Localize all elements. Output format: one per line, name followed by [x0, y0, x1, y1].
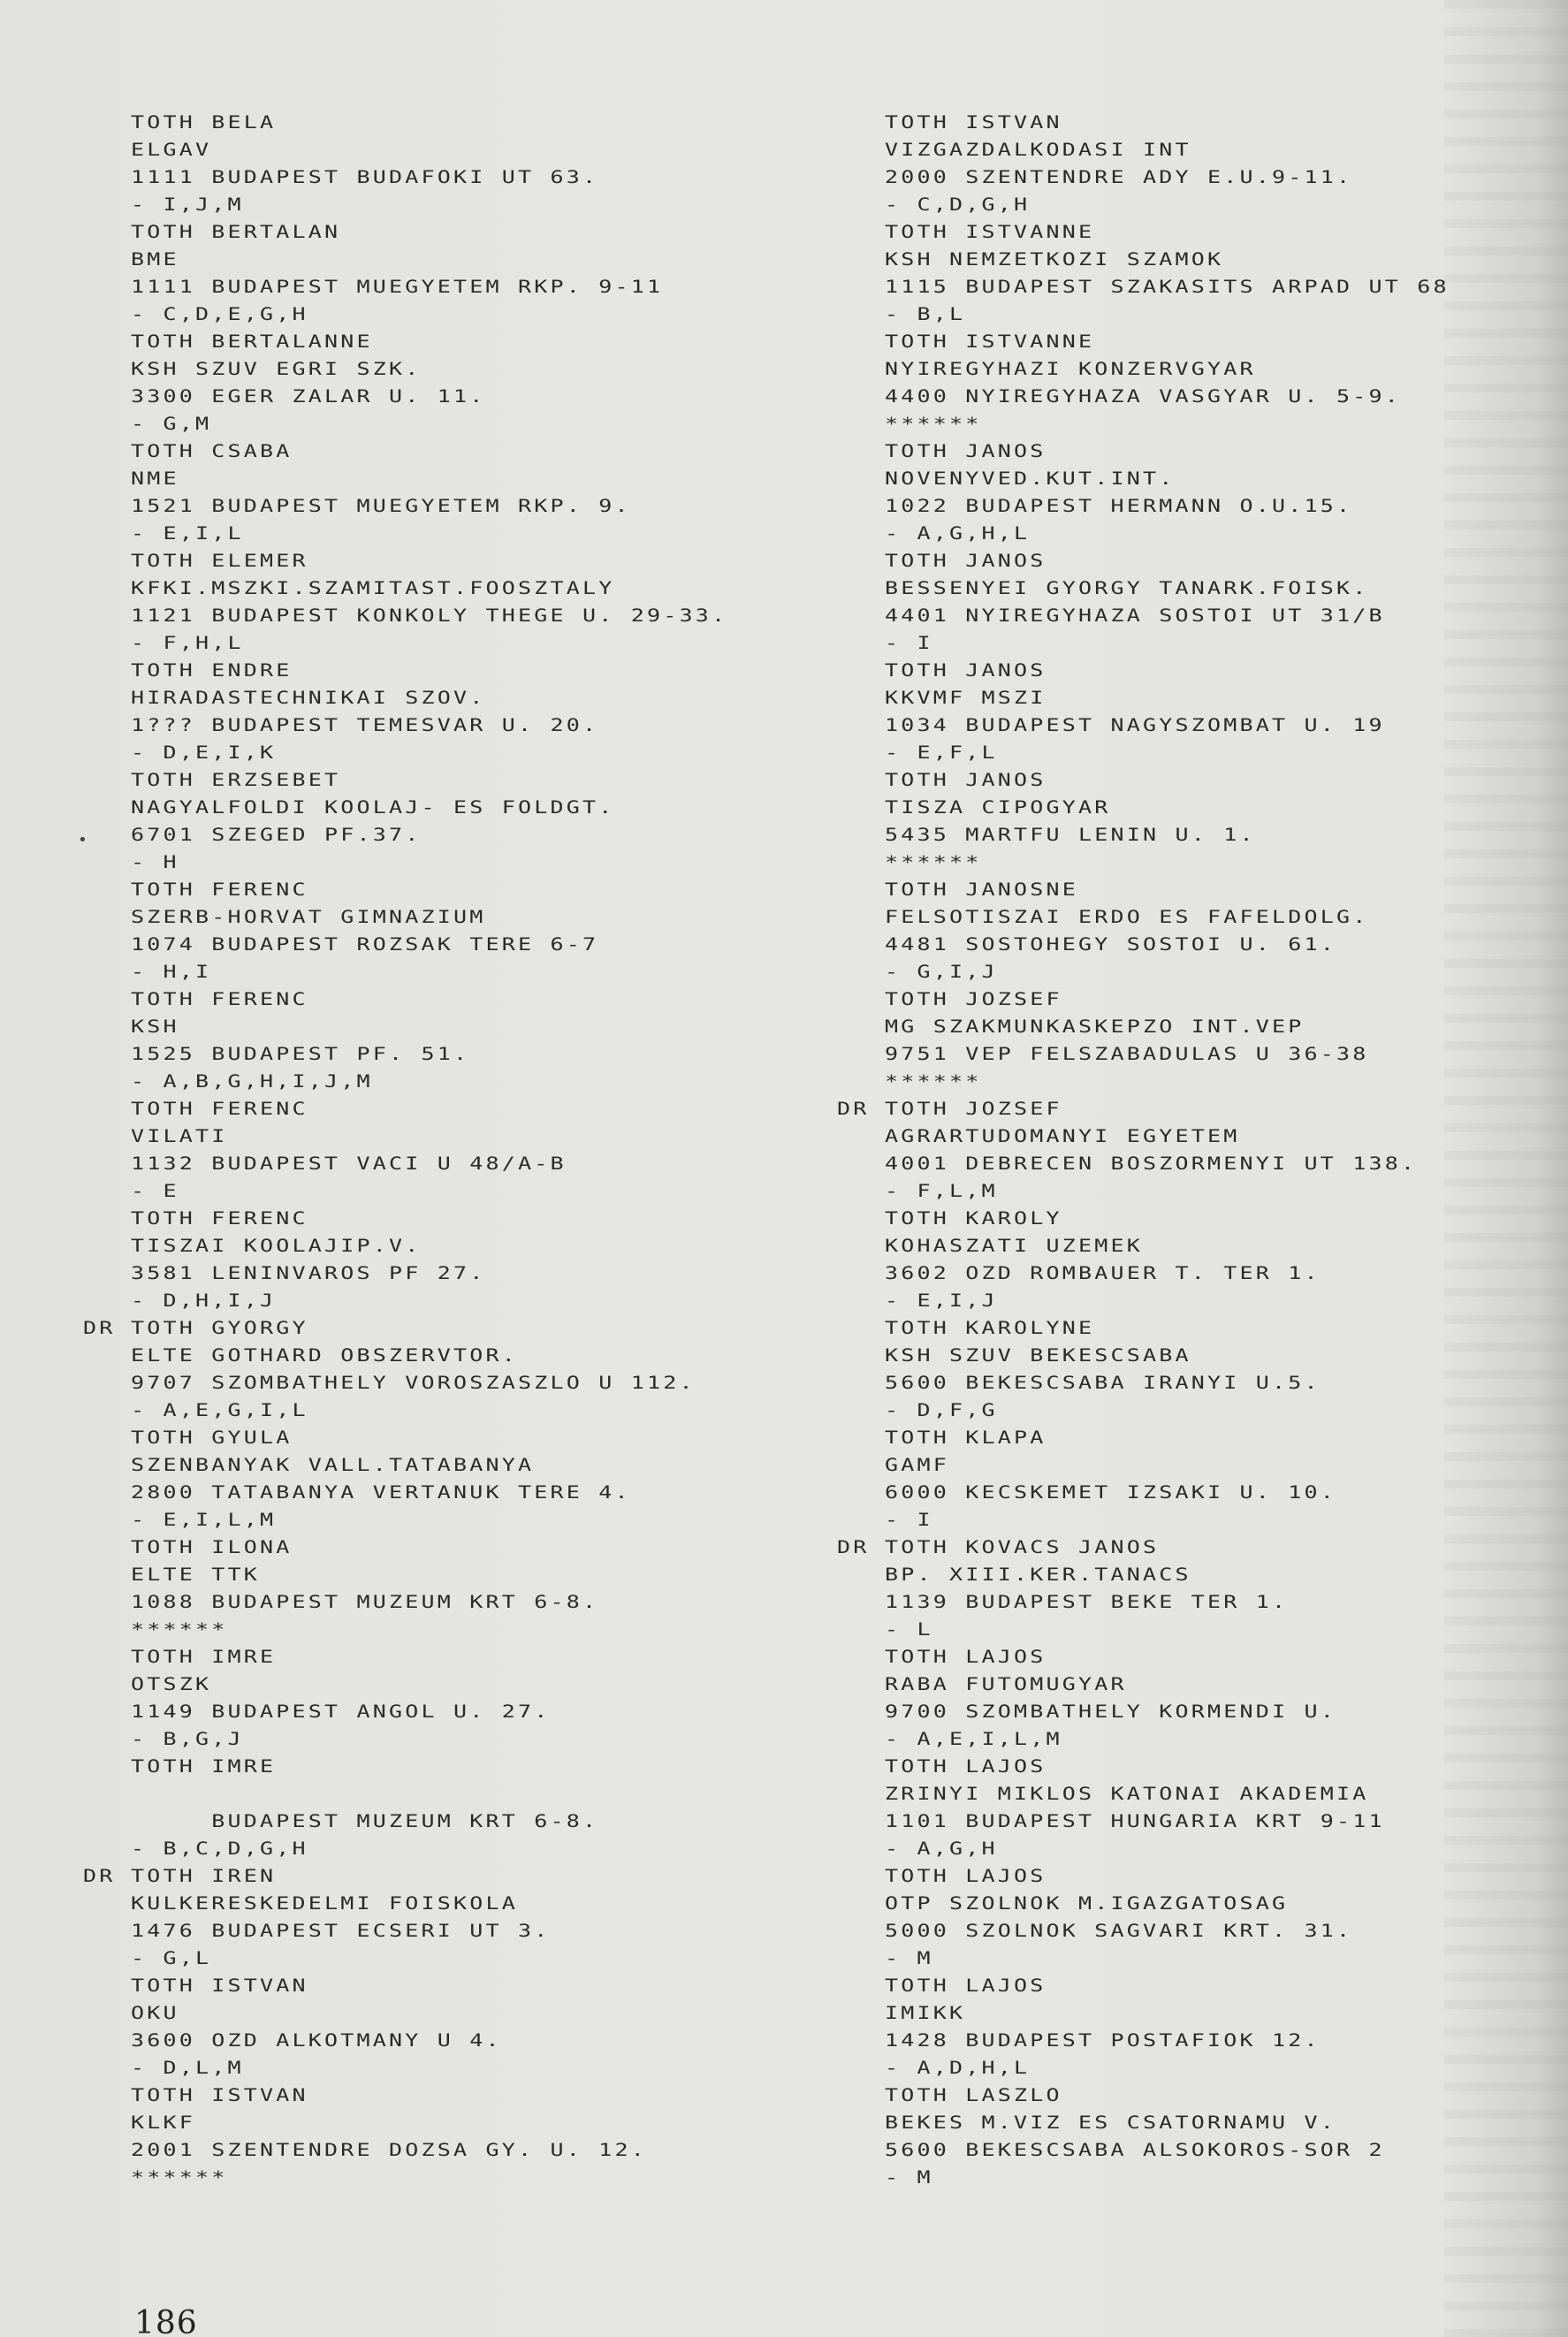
directory-line: KSH SZUV BEKESCSABA: [837, 1344, 1450, 1366]
line-text: 9751 VEP FELSZABADULAS U 36-38: [885, 1044, 1369, 1064]
line-text: 6000 KECSKEMET IZSAKI U. 10.: [885, 1482, 1336, 1503]
directory-line: 3602 OZD ROMBAUER T. TER 1.: [837, 1262, 1450, 1283]
directory-line: - G,M: [83, 413, 727, 434]
line-text: - G,L: [131, 1948, 211, 1968]
directory-line: 1??? BUDAPEST TEMESVAR U. 20.: [83, 714, 727, 735]
line-text: - A,G,H: [885, 1838, 998, 1859]
line-text: 2800 TATABANYA VERTANUK TERE 4.: [131, 1482, 631, 1503]
directory-line: - E,F,L: [837, 742, 1450, 763]
line-text: 1034 BUDAPEST NAGYSZOMBAT U. 19: [885, 715, 1385, 735]
line-text: 4481 SOSTOHEGY SOSTOI U. 61.: [885, 934, 1336, 955]
line-text: TOTH ENDRE: [131, 660, 293, 681]
line-text: - H: [131, 852, 179, 872]
line-text: KLKF: [131, 2112, 195, 2133]
line-text: TOTH KAROLY: [885, 1208, 1062, 1229]
line-text: 2001 SZENTENDRE DOZSA GY. U. 12.: [131, 2140, 647, 2160]
line-text: BUDAPEST MUZEUM KRT 6-8.: [131, 1811, 598, 1831]
directory-line: - F,H,L: [83, 632, 727, 653]
directory-line: 3600 OZD ALKOTMANY U 4.: [83, 2029, 727, 2051]
directory-line: TOTH LASZLO: [837, 2084, 1450, 2105]
line-text: SZERB-HORVAT GIMNAZIUM: [131, 907, 486, 927]
directory-line: 1088 BUDAPEST MUZEUM KRT 6-8.: [83, 1591, 727, 1612]
directory-line: TOTH JANOS: [837, 659, 1450, 681]
directory-line: - I,J,M: [83, 194, 727, 215]
line-text: KOHASZATI UZEMEK: [885, 1236, 1143, 1256]
directory-line: TOTH BELA: [83, 111, 727, 133]
directory-line: 1074 BUDAPEST ROZSAK TERE 6-7: [83, 933, 727, 955]
line-text: SZENBANYAK VALL.TATABANYA: [131, 1455, 534, 1475]
line-text: TOTH ISTVANNE: [885, 222, 1094, 242]
line-text: TOTH BELA: [131, 112, 276, 133]
line-text: TOTH IREN: [131, 1866, 276, 1886]
line-text: TOTH JANOSNE: [885, 879, 1078, 900]
line-text: TOTH JOZSEF: [885, 1099, 1062, 1119]
directory-line: ELGAV: [83, 139, 727, 160]
directory-line: - H,I: [83, 961, 727, 982]
line-text: 9707 SZOMBATHELY VOROSZASZLO U 112.: [131, 1373, 696, 1393]
line-text: KFKI.MSZKI.SZAMITAST.FOOSZTALY: [131, 578, 615, 598]
directory-line: BEKES M.VIZ ES CSATORNAMU V.: [837, 2112, 1450, 2133]
line-text: - I: [885, 1510, 933, 1530]
directory-line: - D,E,I,K: [83, 742, 727, 763]
line-text: BME: [131, 249, 179, 270]
line-text: VIZGAZDALKODASI INT: [885, 140, 1191, 160]
line-text: GAMF: [885, 1455, 949, 1475]
line-text: NAGYALFOLDI KOOLAJ- ES FOLDGT.: [131, 797, 615, 818]
directory-line: - M: [837, 1947, 1450, 1968]
directory-line: 1101 BUDAPEST HUNGARIA KRT 9-11: [837, 1810, 1450, 1831]
title-prefix: DR: [837, 1098, 885, 1119]
line-text: OKU: [131, 2003, 179, 2023]
line-text: TOTH LAJOS: [885, 1647, 1047, 1667]
directory-line: 5435 MARTFU LENIN U. 1.: [837, 824, 1450, 845]
directory-line: TOTH JANOS: [837, 769, 1450, 790]
directory-line: DRTOTH IREN: [83, 1865, 727, 1886]
directory-line: TOTH KAROLYNE: [837, 1317, 1450, 1338]
directory-line: NYIREGYHAZI KONZERVGYAR: [837, 358, 1450, 379]
line-text: TOTH CSABA: [131, 441, 293, 461]
directory-line: MG SZAKMUNKASKEPZO INT.VEP: [837, 1016, 1450, 1037]
directory-line: TOTH FERENC: [83, 1098, 727, 1119]
line-text: 4400 NYIREGYHAZA VASGYAR U. 5-9.: [885, 386, 1401, 407]
directory-line: KOHASZATI UZEMEK: [837, 1235, 1450, 1256]
line-text: TOTH LAJOS: [885, 1756, 1047, 1777]
line-text: - A,E,I,L,M: [885, 1729, 1062, 1749]
line-text: 1074 BUDAPEST ROZSAK TERE 6-7: [131, 934, 598, 955]
directory-line: TOTH JANOSNE: [837, 879, 1450, 900]
line-text: - B,L: [885, 304, 965, 324]
directory-line: TOTH ISTVANNE: [837, 221, 1450, 242]
directory-line: - B,C,D,G,H: [83, 1838, 727, 1859]
directory-line: - G,I,J: [837, 961, 1450, 982]
line-text: - I,J,M: [131, 194, 244, 215]
directory-line: TOTH ISTVANNE: [837, 331, 1450, 352]
directory-line: - I: [837, 632, 1450, 653]
directory-line: KKVMF MSZI: [837, 687, 1450, 708]
directory-line: - A,G,H,L: [837, 522, 1450, 544]
line-text: - I: [885, 633, 933, 653]
line-text: 5435 MARTFU LENIN U. 1.: [885, 825, 1256, 845]
directory-line: - A,B,G,H,I,J,M: [83, 1070, 727, 1092]
line-text: MG SZAKMUNKASKEPZO INT.VEP: [885, 1016, 1305, 1037]
line-text: TOTH IMRE: [131, 1647, 276, 1667]
line-text: ******: [885, 414, 982, 434]
directory-line: 2000 SZENTENDRE ADY E.U.9-11.: [837, 166, 1450, 187]
directory-line: TOTH ISTVAN: [837, 111, 1450, 133]
directory-line: TISZA CIPOGYAR: [837, 796, 1450, 818]
directory-line: TOTH GYULA: [83, 1427, 727, 1448]
line-text: TOTH BERTALAN: [131, 222, 340, 242]
directory-line: KSH: [83, 1016, 727, 1037]
directory-line: - E,I,L: [83, 522, 727, 544]
directory-line: BUDAPEST MUZEUM KRT 6-8.: [83, 1810, 727, 1831]
line-text: TOTH ELEMER: [131, 551, 308, 571]
directory-line: ******: [837, 413, 1450, 434]
line-text: - A,G,H,L: [885, 523, 1030, 544]
line-text: TOTH LAJOS: [885, 1975, 1047, 1996]
directory-line: TOTH IMRE: [83, 1646, 727, 1667]
directory-line: VIZGAZDALKODASI INT: [837, 139, 1450, 160]
line-text: TOTH GYULA: [131, 1427, 293, 1448]
directory-line: - C,D,E,G,H: [83, 303, 727, 324]
line-text: TOTH ISTVAN: [131, 2085, 308, 2105]
line-text: 1??? BUDAPEST TEMESVAR U. 20.: [131, 715, 598, 735]
directory-line: 1111 BUDAPEST MUEGYETEM RKP. 9-11: [83, 276, 727, 297]
line-text: TOTH JANOS: [885, 660, 1047, 681]
line-text: BP. XIII.KER.TANACS: [885, 1564, 1191, 1585]
line-text: 1101 BUDAPEST HUNGARIA KRT 9-11: [885, 1811, 1385, 1831]
directory-line: - E: [83, 1180, 727, 1201]
line-text: 1428 BUDAPEST POSTAFIOK 12.: [885, 2030, 1321, 2051]
line-text: ELGAV: [131, 140, 211, 160]
directory-line: KFKI.MSZKI.SZAMITAST.FOOSZTALY: [83, 577, 727, 598]
line-text: TOTH JANOS: [885, 551, 1047, 571]
directory-line: 1034 BUDAPEST NAGYSZOMBAT U. 19: [837, 714, 1450, 735]
directory-line: 9751 VEP FELSZABADULAS U 36-38: [837, 1043, 1450, 1064]
directory-line: TOTH FERENC: [83, 988, 727, 1009]
directory-line: 1132 BUDAPEST VACI U 48/A-B: [83, 1153, 727, 1174]
directory-line: KLKF: [83, 2112, 727, 2133]
line-text: 1476 BUDAPEST ECSERI UT 3.: [131, 1921, 551, 1941]
line-text: ******: [131, 2167, 228, 2188]
line-text: 1022 BUDAPEST HERMANN O.U.15.: [885, 496, 1352, 516]
line-text: - A,E,G,I,L: [131, 1400, 308, 1420]
line-text: - G,M: [131, 414, 211, 434]
directory-line: - A,E,I,L,M: [837, 1728, 1450, 1749]
directory-line: - A,E,G,I,L: [83, 1399, 727, 1420]
page-number: 186: [134, 2305, 198, 2337]
directory-line: TOTH ERZSEBET: [83, 769, 727, 790]
line-text: TISZA CIPOGYAR: [885, 797, 1111, 818]
directory-line: NAGYALFOLDI KOOLAJ- ES FOLDGT.: [83, 796, 727, 818]
directory-line: - D,H,I,J: [83, 1290, 727, 1311]
line-text: - A,B,G,H,I,J,M: [131, 1071, 373, 1092]
line-text: NYIREGYHAZI KONZERVGYAR: [885, 359, 1256, 379]
line-text: TOTH LASZLO: [885, 2085, 1062, 2105]
line-text: - F,H,L: [131, 633, 244, 653]
directory-line: BME: [83, 248, 727, 270]
directory-line: TISZAI KOOLAJIP.V.: [83, 1235, 727, 1256]
line-text: TOTH FERENC: [131, 879, 308, 900]
directory-line: 2001 SZENTENDRE DOZSA GY. U. 12.: [83, 2139, 727, 2160]
line-text: 2000 SZENTENDRE ADY E.U.9-11.: [885, 167, 1352, 187]
directory-line: TOTH KLAPA: [837, 1427, 1450, 1448]
line-text: TOTH KAROLYNE: [885, 1318, 1094, 1338]
directory-line: OKU: [83, 2002, 727, 2023]
line-text: TOTH ILONA: [131, 1537, 293, 1557]
directory-line: DRTOTH JOZSEF: [837, 1098, 1450, 1119]
directory-line: TOTH ELEMER: [83, 550, 727, 571]
directory-line: ELTE GOTHARD OBSZERVTOR.: [83, 1344, 727, 1366]
directory-line: 1022 BUDAPEST HERMANN O.U.15.: [837, 495, 1450, 516]
title-prefix: DR: [837, 1536, 885, 1557]
line-text: - F,L,M: [885, 1181, 998, 1201]
line-text: 1115 BUDAPEST SZAKASITS ARPAD UT 68: [885, 277, 1450, 297]
line-text: IMIKK: [885, 2003, 965, 2023]
page-edge-bleed-through: [1444, 0, 1568, 2337]
line-text: - D,L,M: [131, 2058, 244, 2078]
directory-line: - C,D,G,H: [837, 194, 1450, 215]
directory-line: 3581 LENINVAROS PF 27.: [83, 1262, 727, 1283]
directory-line: TOTH BERTALAN: [83, 221, 727, 242]
line-text: HIRADASTECHNIKAI SZOV.: [131, 688, 486, 708]
line-text: KKVMF MSZI: [885, 688, 1047, 708]
directory-line: ZRINYI MIKLOS KATONAI AKADEMIA: [837, 1783, 1450, 1804]
directory-line: - H: [83, 851, 727, 872]
directory-line: 1525 BUDAPEST PF. 51.: [83, 1043, 727, 1064]
directory-line: KULKERESKEDELMI FOISKOLA: [83, 1892, 727, 1914]
right-column-listing: TOTH ISTVANVIZGAZDALKODASI INT2000 SZENT…: [837, 109, 1450, 2191]
line-text: - D,E,I,K: [131, 742, 276, 763]
line-text: - D,F,G: [885, 1400, 998, 1420]
directory-line: 1121 BUDAPEST KONKOLY THEGE U. 29-33.: [83, 605, 727, 626]
directory-line: BESSENYEI GYORGY TANARK.FOISK.: [837, 577, 1450, 598]
directory-line: TOTH FERENC: [83, 1207, 727, 1229]
line-text: TOTH ISTVAN: [131, 1975, 308, 1996]
line-text: 1111 BUDAPEST MUEGYETEM RKP. 9-11: [131, 277, 663, 297]
directory-line: TOTH FERENC: [83, 879, 727, 900]
directory-line: TOTH LAJOS: [837, 1755, 1450, 1777]
directory-line: IMIKK: [837, 2002, 1450, 2023]
line-text: 1525 BUDAPEST PF. 51.: [131, 1044, 469, 1064]
directory-line: RABA FUTOMUGYAR: [837, 1673, 1450, 1694]
directory-line: KSH SZUV EGRI SZK.: [83, 358, 727, 379]
directory-line: - D,L,M: [83, 2057, 727, 2078]
directory-line: TOTH CSABA: [83, 440, 727, 461]
directory-line: 4001 DEBRECEN BOSZORMENYI UT 138.: [837, 1153, 1450, 1174]
line-text: NOVENYVED.KUT.INT.: [885, 468, 1176, 489]
line-text: BESSENYEI GYORGY TANARK.FOISK.: [885, 578, 1369, 598]
line-text: - B,C,D,G,H: [131, 1838, 308, 1859]
directory-line: TOTH JOZSEF: [837, 988, 1450, 1009]
directory-line: - F,L,M: [837, 1180, 1450, 1201]
line-text: TOTH ISTVANNE: [885, 331, 1094, 352]
line-text: 3600 OZD ALKOTMANY U 4.: [131, 2030, 502, 2051]
directory-line: TOTH LAJOS: [837, 1975, 1450, 1996]
directory-line: ******: [837, 851, 1450, 872]
directory-line: - E,I,J: [837, 1290, 1450, 1311]
directory-line: 1115 BUDAPEST SZAKASITS ARPAD UT 68: [837, 276, 1450, 297]
line-text: - M: [885, 2167, 933, 2188]
directory-line: OTSZK: [83, 1673, 727, 1694]
directory-line: KSH NEMZETKOZI SZAMOK: [837, 248, 1450, 270]
scanned-page: • TOTH BELAELGAV1111 BUDAPEST BUDAFOKI U…: [0, 0, 1568, 2337]
line-text: RABA FUTOMUGYAR: [885, 1674, 1127, 1694]
line-text: TOTH JANOS: [885, 770, 1047, 790]
line-text: - E,I,J: [885, 1290, 998, 1311]
directory-line: TOTH JANOS: [837, 550, 1450, 571]
directory-line: 3300 EGER ZALAR U. 11.: [83, 385, 727, 407]
directory-line: TOTH ILONA: [83, 1536, 727, 1557]
directory-line: ******: [83, 1618, 727, 1640]
line-text: TOTH KOVACS JANOS: [885, 1537, 1159, 1557]
line-text: 3300 EGER ZALAR U. 11.: [131, 386, 486, 407]
directory-line: NME: [83, 468, 727, 489]
line-text: 3602 OZD ROMBAUER T. TER 1.: [885, 1263, 1321, 1283]
directory-line: DRTOTH KOVACS JANOS: [837, 1536, 1450, 1557]
line-text: - D,H,I,J: [131, 1290, 276, 1311]
line-text: TOTH FERENC: [131, 1208, 308, 1229]
directory-line: 4400 NYIREGYHAZA VASGYAR U. 5-9.: [837, 385, 1450, 407]
line-text: 5000 SZOLNOK SAGVARI KRT. 31.: [885, 1921, 1352, 1941]
directory-line: 1521 BUDAPEST MUEGYETEM RKP. 9.: [83, 495, 727, 516]
directory-line: 4401 NYIREGYHAZA SOSTOI UT 31/B: [837, 605, 1450, 626]
line-text: TOTH ERZSEBET: [131, 770, 340, 790]
line-text: 1088 BUDAPEST MUZEUM KRT 6-8.: [131, 1592, 598, 1612]
line-text: - C,D,E,G,H: [131, 304, 308, 324]
line-text: TOTH LAJOS: [885, 1866, 1047, 1886]
line-text: 4001 DEBRECEN BOSZORMENYI UT 138.: [885, 1153, 1417, 1174]
directory-line: VILATI: [83, 1125, 727, 1146]
directory-line: 5600 BEKESCSABA IRANYI U.5.: [837, 1372, 1450, 1393]
line-text: TOTH FERENC: [131, 1099, 308, 1119]
line-text: TOTH ISTVAN: [885, 112, 1062, 133]
line-text: - A,D,H,L: [885, 2058, 1030, 2078]
directory-line: TOTH KAROLY: [837, 1207, 1450, 1229]
line-text: ******: [885, 852, 982, 872]
directory-line: SZERB-HORVAT GIMNAZIUM: [83, 906, 727, 927]
line-text: BEKES M.VIZ ES CSATORNAMU V.: [885, 2112, 1336, 2133]
directory-line: - E,I,L,M: [83, 1509, 727, 1530]
directory-line: 1149 BUDAPEST ANGOL U. 27.: [83, 1701, 727, 1722]
line-text: 6701 SZEGED PF.37.: [131, 825, 422, 845]
line-text: ZRINYI MIKLOS KATONAI AKADEMIA: [885, 1784, 1369, 1804]
line-text: KSH SZUV BEKESCSABA: [885, 1345, 1191, 1366]
line-text: KSH SZUV EGRI SZK.: [131, 359, 422, 379]
directory-line: - L: [837, 1618, 1450, 1640]
line-text: TOTH KLAPA: [885, 1427, 1047, 1448]
directory-line: 6701 SZEGED PF.37.: [83, 824, 727, 845]
line-text: - C,D,G,H: [885, 194, 1030, 215]
directory-line: 1139 BUDAPEST BEKE TER 1.: [837, 1591, 1450, 1612]
directory-line: GAMF: [837, 1454, 1450, 1475]
directory-line: FELSOTISZAI ERDO ES FAFELDOLG.: [837, 906, 1450, 927]
directory-line: - M: [837, 2166, 1450, 2188]
directory-line: 6000 KECSKEMET IZSAKI U. 10.: [837, 1481, 1450, 1503]
line-text: - G,I,J: [885, 962, 998, 982]
line-text: OTP SZOLNOK M.IGAZGATOSAG: [885, 1893, 1288, 1914]
directory-line: SZENBANYAK VALL.TATABANYA: [83, 1454, 727, 1475]
directory-line: 1476 BUDAPEST ECSERI UT 3.: [83, 1920, 727, 1941]
directory-line: - G,L: [83, 1947, 727, 1968]
directory-line: - B,G,J: [83, 1728, 727, 1749]
line-text: - L: [885, 1619, 933, 1640]
line-text: ELTE GOTHARD OBSZERVTOR.: [131, 1345, 518, 1366]
line-text: KULKERESKEDELMI FOISKOLA: [131, 1893, 518, 1914]
directory-line: 1111 BUDAPEST BUDAFOKI UT 63.: [83, 166, 727, 187]
line-text: 1111 BUDAPEST BUDAFOKI UT 63.: [131, 167, 598, 187]
line-text: NME: [131, 468, 179, 489]
line-text: TOTH JOZSEF: [885, 989, 1062, 1009]
directory-line: TOTH BERTALANNE: [83, 331, 727, 352]
line-text: ELTE TTK: [131, 1564, 260, 1585]
directory-line: TOTH LAJOS: [837, 1865, 1450, 1886]
line-text: - E,I,L,M: [131, 1510, 276, 1530]
line-text: 4401 NYIREGYHAZA SOSTOI UT 31/B: [885, 605, 1385, 626]
directory-line: OTP SZOLNOK M.IGAZGATOSAG: [837, 1892, 1450, 1914]
line-text: TOTH FERENC: [131, 989, 308, 1009]
directory-line: BP. XIII.KER.TANACS: [837, 1564, 1450, 1585]
directory-line: TOTH ISTVAN: [83, 1975, 727, 1996]
directory-line: DRTOTH GYORGY: [83, 1317, 727, 1338]
line-text: - M: [885, 1948, 933, 1968]
directory-line: - A,G,H: [837, 1838, 1450, 1859]
title-prefix: DR: [83, 1317, 131, 1338]
directory-line: 9700 SZOMBATHELY KORMENDI U.: [837, 1701, 1450, 1722]
line-text: 1521 BUDAPEST MUEGYETEM RKP. 9.: [131, 496, 631, 516]
directory-line: ******: [83, 2166, 727, 2188]
line-text: - E: [131, 1181, 179, 1201]
line-text: ******: [885, 1071, 982, 1092]
line-text: VILATI: [131, 1126, 228, 1146]
line-text: 1121 BUDAPEST KONKOLY THEGE U. 29-33.: [131, 605, 727, 626]
line-text: 1132 BUDAPEST VACI U 48/A-B: [131, 1153, 567, 1174]
line-text: TOTH BERTALANNE: [131, 331, 373, 352]
directory-line: 5600 BEKESCSABA ALSOKOROS-SOR 2: [837, 2139, 1450, 2160]
line-text: 9700 SZOMBATHELY KORMENDI U.: [885, 1701, 1336, 1722]
line-text: KSH NEMZETKOZI SZAMOK: [885, 249, 1223, 270]
line-text: 3581 LENINVAROS PF 27.: [131, 1263, 486, 1283]
line-text: 5600 BEKESCSABA IRANYI U.5.: [885, 1373, 1321, 1393]
line-text: - H,I: [131, 962, 211, 982]
directory-line: [83, 1783, 727, 1804]
line-text: - E,F,L: [885, 742, 998, 763]
directory-line: ELTE TTK: [83, 1564, 727, 1585]
directory-line: - I: [837, 1509, 1450, 1530]
line-text: 5600 BEKESCSABA ALSOKOROS-SOR 2: [885, 2140, 1385, 2160]
directory-line: NOVENYVED.KUT.INT.: [837, 468, 1450, 489]
directory-line: ******: [837, 1070, 1450, 1092]
line-text: TOTH GYORGY: [131, 1318, 308, 1338]
line-text: 1139 BUDAPEST BEKE TER 1.: [885, 1592, 1288, 1612]
directory-line: - A,D,H,L: [837, 2057, 1450, 2078]
line-text: - B,G,J: [131, 1729, 244, 1749]
line-text: TOTH IMRE: [131, 1756, 276, 1777]
line-text: 1149 BUDAPEST ANGOL U. 27.: [131, 1701, 551, 1722]
directory-line: 5000 SZOLNOK SAGVARI KRT. 31.: [837, 1920, 1450, 1941]
directory-line: 1428 BUDAPEST POSTAFIOK 12.: [837, 2029, 1450, 2051]
line-text: OTSZK: [131, 1674, 211, 1694]
line-text: KSH: [131, 1016, 179, 1037]
line-text: TISZAI KOOLAJIP.V.: [131, 1236, 422, 1256]
directory-line: 2800 TATABANYA VERTANUK TERE 4.: [83, 1481, 727, 1503]
directory-line: TOTH ENDRE: [83, 659, 727, 681]
line-text: - E,I,L: [131, 523, 244, 544]
directory-line: TOTH JANOS: [837, 440, 1450, 461]
directory-line: - D,F,G: [837, 1399, 1450, 1420]
left-column-listing: TOTH BELAELGAV1111 BUDAPEST BUDAFOKI UT …: [83, 109, 727, 2191]
title-prefix: DR: [83, 1865, 131, 1886]
